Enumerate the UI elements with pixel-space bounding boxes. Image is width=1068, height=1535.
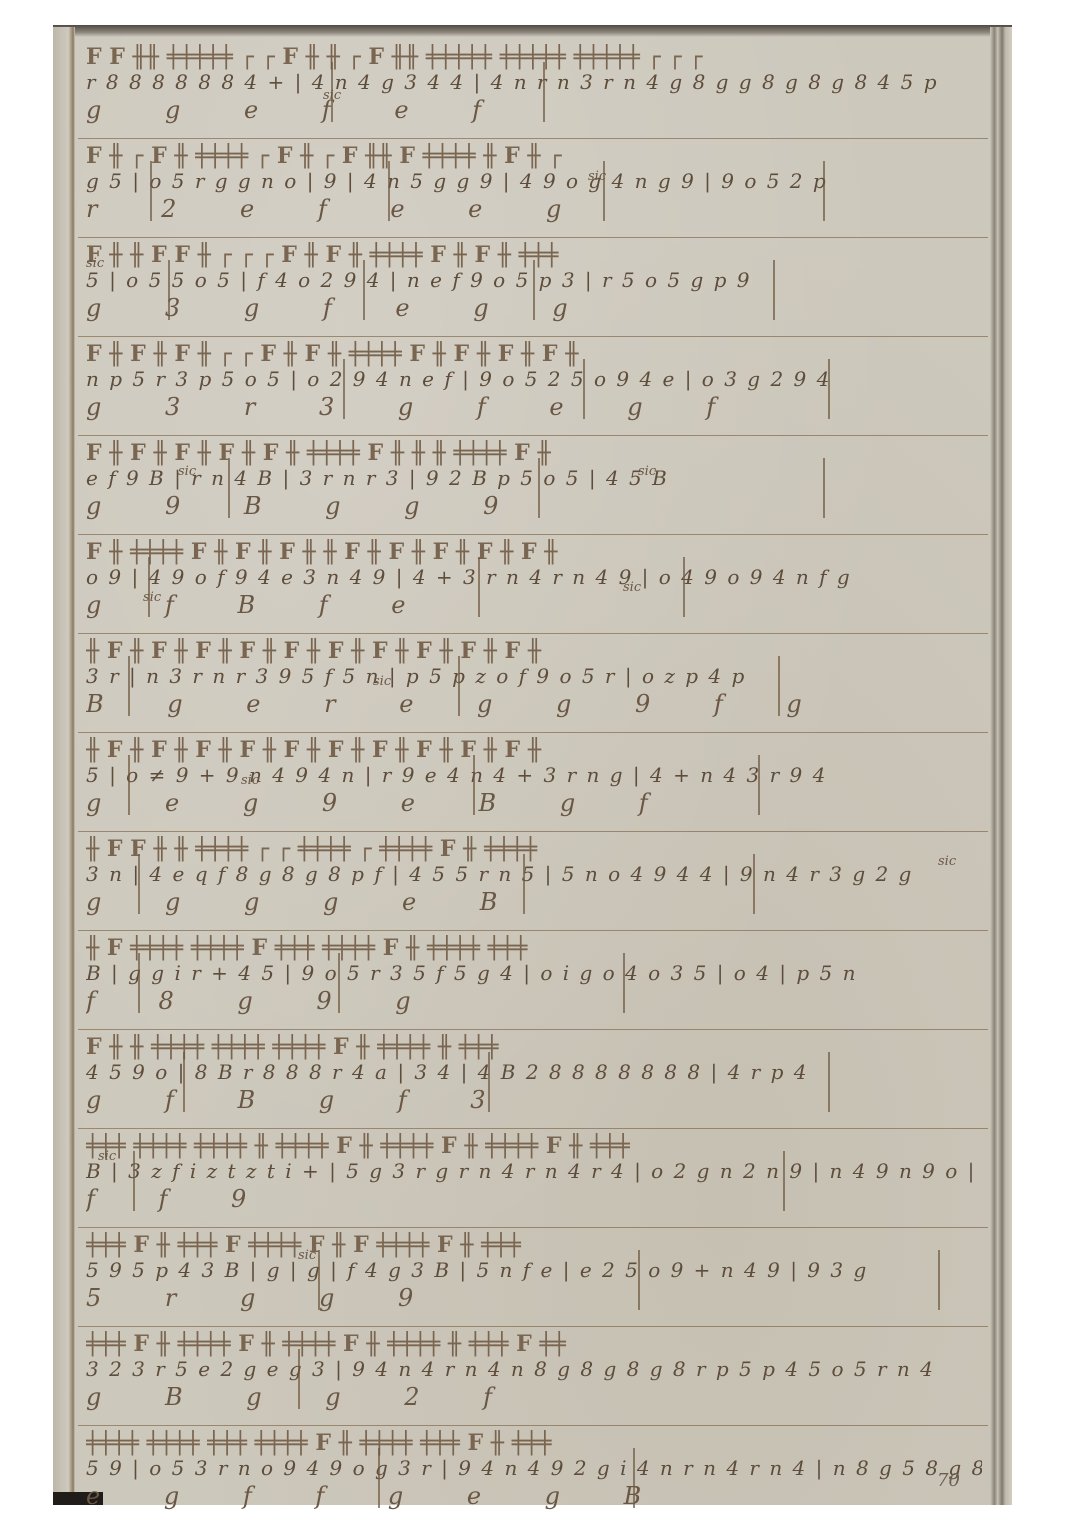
tablature-system: F ╫ ┌ F ╫ ╪╪╪╪ ┌ F ╫ ┌ F ╫╫ F ╪╪╪╪ ╫ F ╫… bbox=[78, 138, 988, 237]
rhythm-flags: ╪╪╪ ╪╪╪╪ ╪╪╪╪ ╫ ╪╪╪╪ F ╫ ╪╪╪╪ F ╫ ╪╪╪╪ F… bbox=[86, 1133, 982, 1159]
sic-annotation: sic bbox=[298, 1248, 316, 1263]
rhythm-flags: F ╫ ╫ ╪╪╪╪ ╪╪╪╪ ╪╪╪╪ F ╫ ╪╪╪╪ ╫ ╪╪╪ bbox=[86, 1034, 982, 1060]
tablature-system: F ╫ ╫ F F ╫ ┌ ┌ ┌ F ╫ F ╫ ╪╪╪╪ F ╫ F ╫ ╪… bbox=[78, 237, 988, 336]
barline bbox=[128, 755, 130, 815]
barline bbox=[758, 755, 760, 815]
barline bbox=[778, 656, 780, 716]
barline bbox=[773, 260, 775, 320]
rhythm-flags: F ╫ F ╫ F ╫ ┌ ┌ F ╫ F ╫ ╪╪╪╪ F ╫ F ╫ F ╫… bbox=[86, 341, 982, 367]
sic-annotation: sic bbox=[638, 464, 656, 479]
tablature-system: ╪╪╪ ╪╪╪╪ ╪╪╪╪ ╫ ╪╪╪╪ F ╫ ╪╪╪╪ F ╫ ╪╪╪╪ F… bbox=[78, 1128, 988, 1227]
bass-letters: g f B f e bbox=[86, 591, 982, 619]
sic-annotation: sic bbox=[98, 1149, 116, 1164]
rhythm-flags: F ╫ F ╫ F ╫ F ╫ F ╫ ╪╪╪╪ F ╫ ╫ ╫ ╪╪╪╪ F … bbox=[86, 440, 982, 466]
page-top-shadow bbox=[53, 25, 1012, 37]
tablature-ciphers: g 5 | o 5 r g g n o | 9 | 4 n 5 g g 9 | … bbox=[86, 169, 982, 193]
sic-annotation: sic bbox=[178, 464, 196, 479]
sic-annotation: sic bbox=[588, 169, 606, 184]
barline bbox=[318, 1250, 320, 1310]
sic-annotation: sic bbox=[373, 674, 391, 689]
bass-letters: g g e f e f bbox=[86, 96, 982, 124]
tablature-system: F ╫ ╪╪╪╪ F ╫ F ╫ F ╫ ╫ F ╫ F ╫ F ╫ F ╫ F… bbox=[78, 534, 988, 633]
barline bbox=[168, 260, 170, 320]
barline bbox=[298, 1349, 300, 1409]
tablature-ciphers: 3 r | n 3 r n r 3 9 5 f 5 n | p 5 p z o … bbox=[86, 664, 982, 688]
sic-annotation: sic bbox=[143, 590, 161, 605]
bass-letters: r 2 e f e e g bbox=[86, 195, 982, 223]
barline bbox=[133, 1151, 135, 1211]
barline bbox=[523, 854, 525, 914]
bass-letters: B g e r e g g 9 f g bbox=[86, 690, 982, 718]
barline bbox=[128, 656, 130, 716]
barline bbox=[938, 1250, 940, 1310]
bass-letters: g B g g 2 f bbox=[86, 1383, 982, 1411]
barline bbox=[533, 260, 535, 320]
barline bbox=[378, 1448, 380, 1508]
rhythm-flags: ╪╪╪ F ╫ ╪╪╪╪ F ╫ ╪╪╪╪ F ╫ ╪╪╪╪ ╫ ╪╪╪ F ╪… bbox=[86, 1331, 982, 1357]
binding-gutter bbox=[53, 27, 75, 1505]
tablature-system: ╫ F F ╫ ╫ ╪╪╪╪ ┌ ┌ ╪╪╪╪ ┌ ╪╪╪╪ F ╫ ╪╪╪╪3… bbox=[78, 831, 988, 930]
tablature-ciphers: r 8 8 8 8 8 8 4 + | 4 n 4 g 3 4 4 | 4 n … bbox=[86, 70, 982, 94]
tablature-system: ╫ F ╫ F ╫ F ╫ F ╫ F ╫ F ╫ F ╫ F ╫ F ╫ F … bbox=[78, 633, 988, 732]
rhythm-flags: ╫ F ╫ F ╫ F ╫ F ╫ F ╫ F ╫ F ╫ F ╫ F ╫ F … bbox=[86, 638, 982, 664]
bass-letters: g f B g f 3 bbox=[86, 1086, 982, 1114]
sic-annotation: sic bbox=[86, 256, 104, 271]
bass-letters: f 8 g 9 g bbox=[86, 987, 982, 1015]
barline bbox=[683, 557, 685, 617]
barline bbox=[823, 161, 825, 221]
tablature-ciphers: n p 5 r 3 p 5 o 5 | o 2 9 4 n e f | 9 o … bbox=[86, 367, 982, 391]
barline bbox=[538, 458, 540, 518]
tablature-ciphers: 5 9 5 p 4 3 B | g | g | f 4 g 3 B | 5 n … bbox=[86, 1258, 982, 1282]
tablature-system: ╪╪╪ F ╫ ╪╪╪ F ╪╪╪╪ F ╫ F ╪╪╪╪ F ╫ ╪╪╪5 9… bbox=[78, 1227, 988, 1326]
tablature-ciphers: 3 n | 4 e q f 8 g 8 g 8 p f | 4 5 5 r n … bbox=[86, 862, 982, 886]
tablature-ciphers: e f 9 B | r n 4 B | 3 r n r 3 | 9 2 B p … bbox=[86, 466, 982, 490]
tablature-system: ╫ F ╫ F ╫ F ╫ F ╫ F ╫ F ╫ F ╫ F ╫ F ╫ F … bbox=[78, 732, 988, 831]
bass-letters: g g g g e B bbox=[86, 888, 982, 916]
barline bbox=[150, 161, 152, 221]
tablature-ciphers: o 9 | 4 9 o f 9 4 e 3 n 4 9 | 4 + 3 r n … bbox=[86, 565, 982, 589]
tablature-system: ╪╪╪ F ╫ ╪╪╪╪ F ╫ ╪╪╪╪ F ╫ ╪╪╪╪ ╫ ╪╪╪ F ╪… bbox=[78, 1326, 988, 1425]
tablature-systems: F F ╫╫ ╪╪╪╪╪ ┌ ┌ F ╫ ╫ ┌ F ╫╫ ╪╪╪╪╪ ╪╪╪╪… bbox=[78, 40, 988, 1524]
barline bbox=[633, 1448, 635, 1508]
tablature-ciphers: 5 | o ≠ 9 + 9 n 4 9 4 n | r 9 e 4 n 4 + … bbox=[86, 763, 982, 787]
barline bbox=[478, 557, 480, 617]
barline bbox=[753, 854, 755, 914]
barline bbox=[183, 1052, 185, 1112]
bass-letters: g 9 B g g 9 bbox=[86, 492, 982, 520]
barline bbox=[783, 1151, 785, 1211]
barline bbox=[543, 62, 545, 122]
barline bbox=[388, 161, 390, 221]
barline bbox=[488, 1052, 490, 1112]
rhythm-flags: ╫ F F ╫ ╫ ╪╪╪╪ ┌ ┌ ╪╪╪╪ ┌ ╪╪╪╪ F ╫ ╪╪╪╪ bbox=[86, 836, 982, 862]
bass-letters: e g f f g e g B bbox=[86, 1482, 982, 1510]
rhythm-flags: F ╫ ╪╪╪╪ F ╫ F ╫ F ╫ ╫ F ╫ F ╫ F ╫ F ╫ F… bbox=[86, 539, 982, 565]
rhythm-flags: ╪╪╪╪ ╪╪╪╪ ╪╪╪ ╪╪╪╪ F ╫ ╪╪╪╪ ╪╪╪ F ╫ ╪╪╪ bbox=[86, 1430, 982, 1456]
tablature-ciphers: 5 9 | o 5 3 r n o 9 4 9 o g 3 r | 9 4 n … bbox=[86, 1456, 982, 1480]
barline bbox=[148, 557, 150, 617]
tablature-ciphers: B | g g i r + 4 5 | 9 o 5 r 3 5 f 5 g 4 … bbox=[86, 961, 982, 985]
tablature-ciphers: 4 5 9 o | 8 B r 8 8 8 r 4 a | 3 4 | 4 B … bbox=[86, 1060, 982, 1084]
rhythm-flags: ╫ F ╫ F ╫ F ╫ F ╫ F ╫ F ╫ F ╫ F ╫ F ╫ F … bbox=[86, 737, 982, 763]
barline bbox=[338, 953, 340, 1013]
sic-annotation: sic bbox=[938, 854, 956, 869]
bass-letters: g e g 9 e B g f bbox=[86, 789, 982, 817]
sic-annotation: sic bbox=[323, 88, 341, 103]
tablature-ciphers: B | 3 z f i z t z t i + | 5 g 3 r g r n … bbox=[86, 1159, 982, 1183]
bass-letters: f f 9 bbox=[86, 1185, 982, 1213]
rhythm-flags: F ╫ ┌ F ╫ ╪╪╪╪ ┌ F ╫ ┌ F ╫╫ F ╪╪╪╪ ╫ F ╫… bbox=[86, 143, 982, 169]
tablature-system: ╫ F ╪╪╪╪ ╪╪╪╪ F ╪╪╪ ╪╪╪╪ F ╫ ╪╪╪╪ ╪╪╪B |… bbox=[78, 930, 988, 1029]
barline bbox=[458, 656, 460, 716]
sic-annotation: sic bbox=[623, 580, 641, 595]
barline bbox=[363, 260, 365, 320]
page-right-edge bbox=[990, 27, 1012, 1505]
barline bbox=[623, 953, 625, 1013]
folio-number: 70 bbox=[937, 1470, 960, 1491]
sic-annotation: sic bbox=[241, 773, 259, 788]
barline bbox=[228, 458, 230, 518]
barline bbox=[583, 359, 585, 419]
tablature-ciphers: 3 2 3 r 5 e 2 g e g 3 | 9 4 n 4 r n 4 n … bbox=[86, 1357, 982, 1381]
tablature-system: F ╫ ╫ ╪╪╪╪ ╪╪╪╪ ╪╪╪╪ F ╫ ╪╪╪╪ ╫ ╪╪╪4 5 9… bbox=[78, 1029, 988, 1128]
tablature-system: F ╫ F ╫ F ╫ ┌ ┌ F ╫ F ╫ ╪╪╪╪ F ╫ F ╫ F ╫… bbox=[78, 336, 988, 435]
barline bbox=[138, 953, 140, 1013]
rhythm-flags: F F ╫╫ ╪╪╪╪╪ ┌ ┌ F ╫ ╫ ┌ F ╫╫ ╪╪╪╪╪ ╪╪╪╪… bbox=[86, 44, 982, 70]
barline bbox=[343, 359, 345, 419]
tablature-system: ╪╪╪╪ ╪╪╪╪ ╪╪╪ ╪╪╪╪ F ╫ ╪╪╪╪ ╪╪╪ F ╫ ╪╪╪5… bbox=[78, 1425, 988, 1524]
bass-letters: g 3 r 3 g f e g f bbox=[86, 393, 982, 421]
barline bbox=[828, 1052, 830, 1112]
barline bbox=[638, 1250, 640, 1310]
barline bbox=[138, 854, 140, 914]
tablature-system: F F ╫╫ ╪╪╪╪╪ ┌ ┌ F ╫ ╫ ┌ F ╫╫ ╪╪╪╪╪ ╪╪╪╪… bbox=[78, 40, 988, 138]
rhythm-flags: ╫ F ╪╪╪╪ ╪╪╪╪ F ╪╪╪ ╪╪╪╪ F ╫ ╪╪╪╪ ╪╪╪ bbox=[86, 935, 982, 961]
tablature-system: F ╫ F ╫ F ╫ F ╫ F ╫ ╪╪╪╪ F ╫ ╫ ╫ ╪╪╪╪ F … bbox=[78, 435, 988, 534]
bass-letters: 5 r g g 9 bbox=[86, 1284, 982, 1312]
barline bbox=[823, 458, 825, 518]
barline bbox=[473, 755, 475, 815]
rhythm-flags: ╪╪╪ F ╫ ╪╪╪ F ╪╪╪╪ F ╫ F ╪╪╪╪ F ╫ ╪╪╪ bbox=[86, 1232, 982, 1258]
barline bbox=[828, 359, 830, 419]
